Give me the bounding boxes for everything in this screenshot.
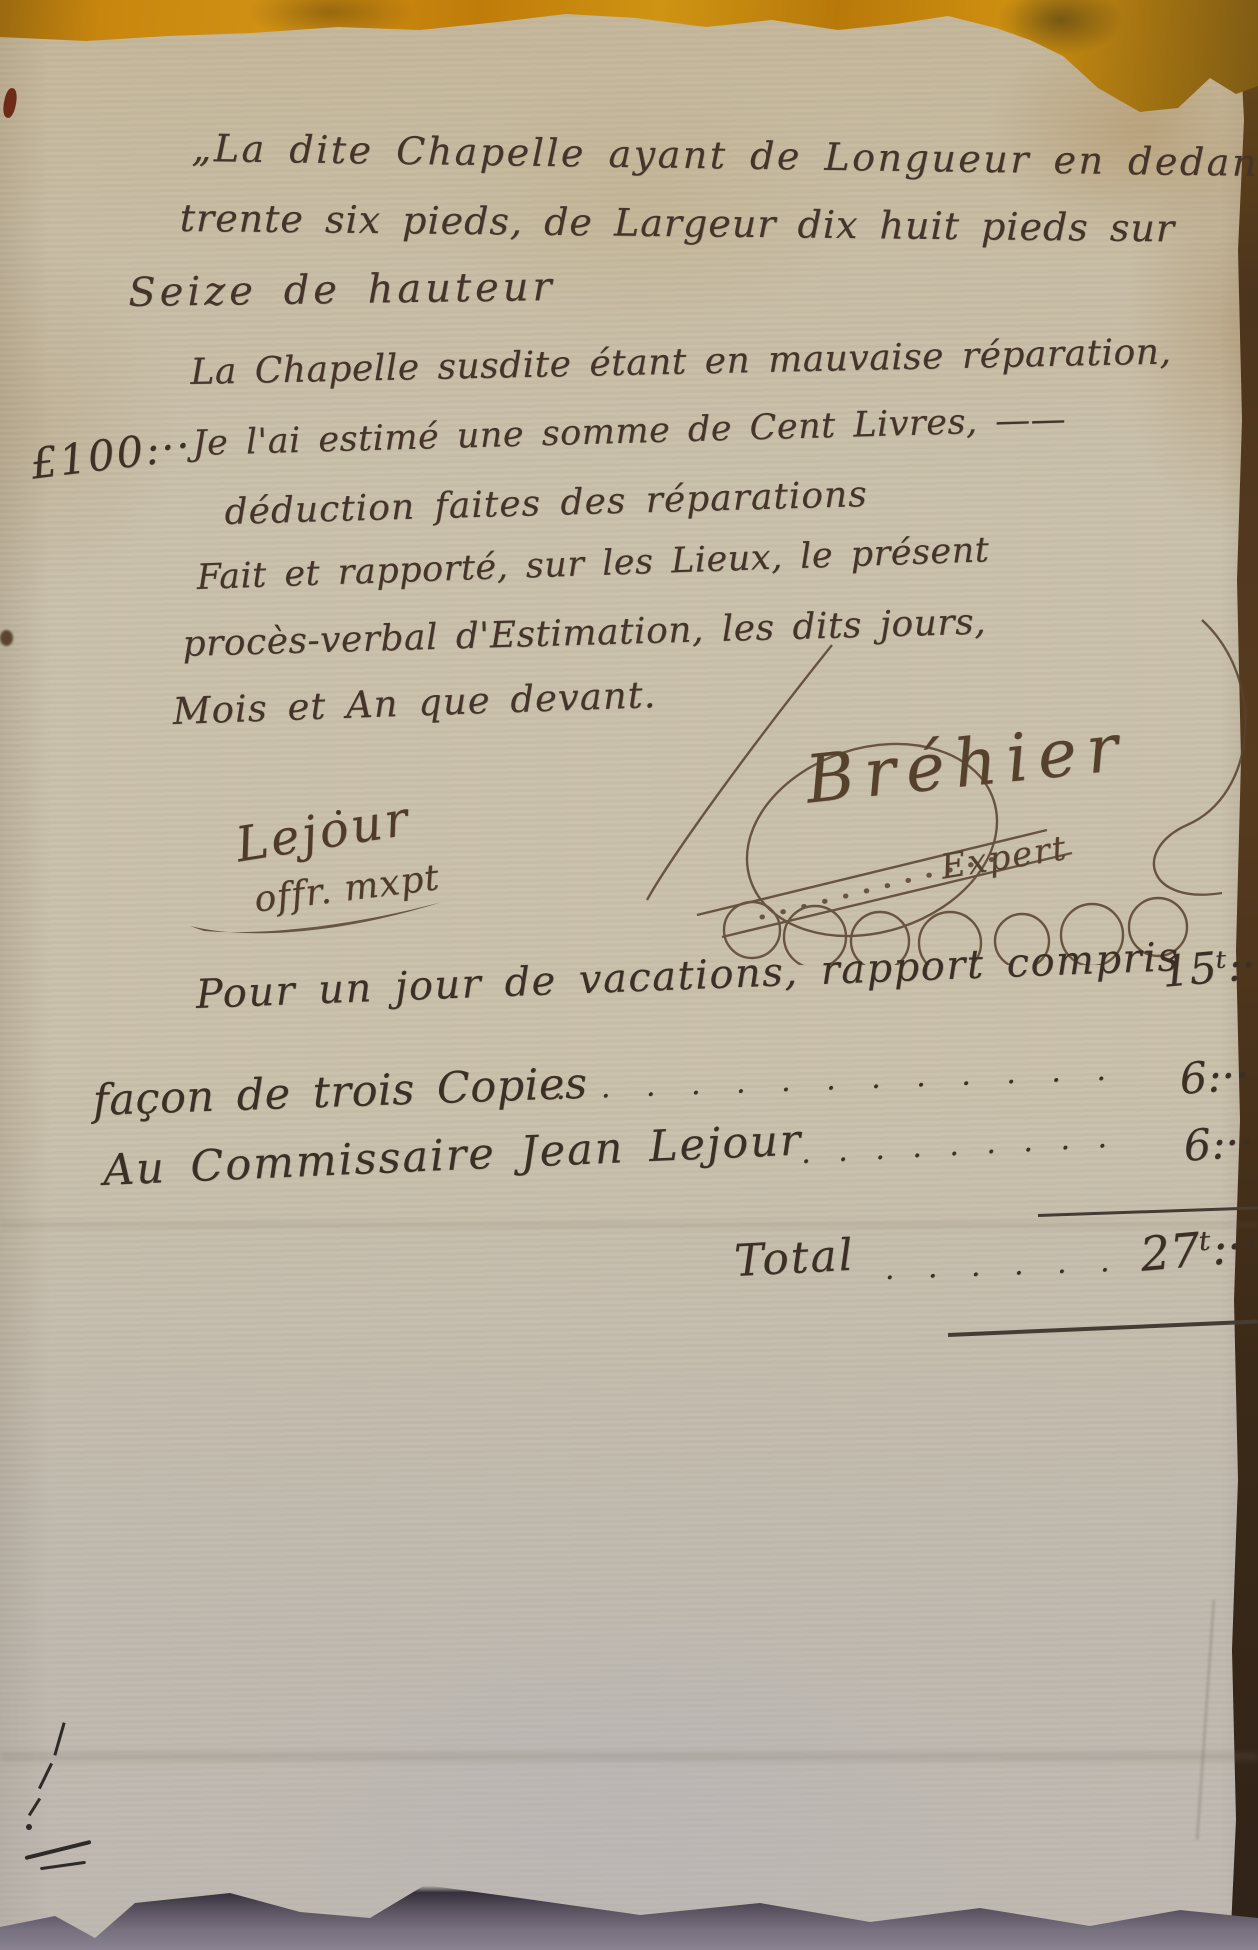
fee-line-1-label: Pour un jour de vacations, rapport compr… [195,934,1180,1018]
ink-speck [28,1798,41,1817]
fee-line-3-leader: . . . . . . . . . [800,1120,1117,1171]
margin-amount: £100:·· [28,420,195,488]
fee-line-3-amount: 6:·· [1182,1117,1255,1172]
signature-brehier-name: Bréhier [802,708,1132,818]
ink-speck [53,1722,65,1756]
under-page-torn-edge [0,1883,1258,1950]
fee-line-2-amount: 6:·· [1178,1050,1251,1105]
fee-line-2-leader: . . . . . . . . . . . . . [555,1052,1119,1107]
handwritten-line-7: Fait et rapporté, sur les Lieux, le prés… [196,530,990,598]
rule-below-total [948,1319,1258,1336]
handwritten-line-8: procès-verbal d'Estimation, les dits jou… [182,602,987,665]
ink-scribble [25,1840,92,1860]
ink-speck [38,1763,53,1789]
fee-line-2-label: façon de trois Copies [92,1059,588,1126]
handwritten-line-4: La Chapelle susdite étant en mauvaise ré… [190,331,1172,393]
handwritten-line-5: Je l'ai estimé une somme de Cent Livres,… [192,400,1067,464]
fee-line-3-label: Au Commissaire Jean Lejour [102,1115,803,1195]
edge-stain [0,630,13,646]
horizontal-crease [0,1222,1258,1228]
signature-brehier-title: Expert [938,828,1070,887]
handwritten-line-3: Seize de hauteur [128,264,556,316]
ink-scribble [40,1861,86,1870]
handwritten-line-9: Mois et An que devant. [172,673,657,733]
handwritten-line-1: „La dite Chapelle ayant de Longueur en d… [191,126,1258,185]
handwritten-line-6: déduction faites des réparations [224,474,868,533]
total-leader: . . . . . . [884,1244,1122,1287]
vertical-crease [1196,1600,1216,1840]
ink-speck [26,1824,32,1830]
total-amount: 27ᵗ:·· [1138,1218,1258,1283]
horizontal-crease [0,1752,1258,1761]
ink-stain [1,87,18,119]
gilt-binding-top [0,0,1258,130]
handwritten-line-2: trente six pieds, de Largeur dix huit pi… [180,196,1176,250]
total-label: Total [733,1230,856,1287]
fee-line-1-amount: 15ᵗ:·· [1160,939,1258,998]
rule-above-total [1038,1206,1258,1217]
signature-lejour-name: Lejour [232,790,415,873]
manuscript-page: „La dite Chapelle ayant de Longueur en d… [0,0,1258,1950]
